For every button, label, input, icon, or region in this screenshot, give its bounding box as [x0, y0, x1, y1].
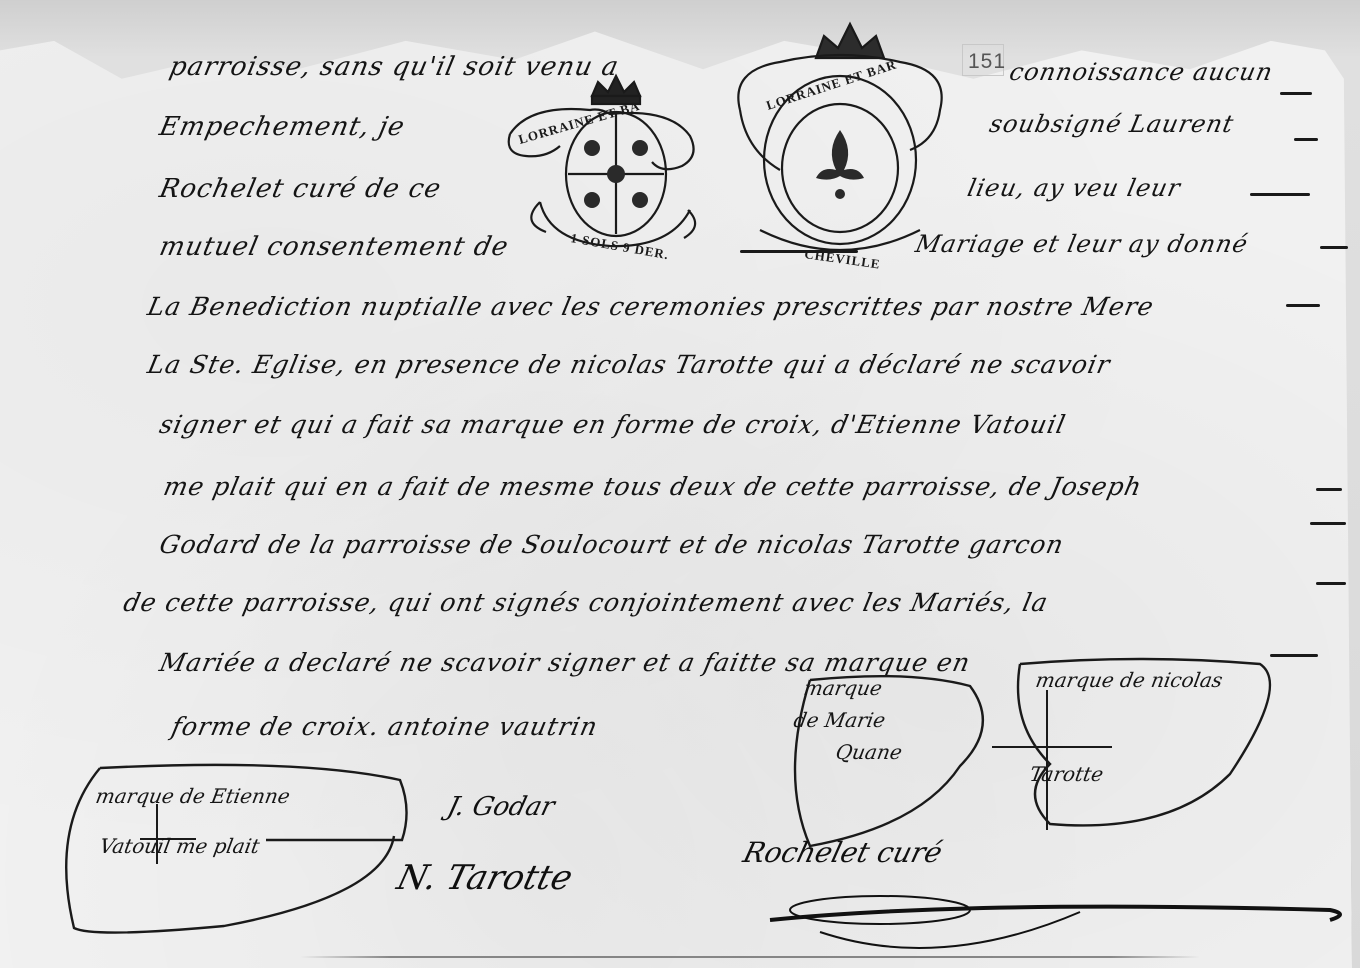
line-end-dash	[1250, 193, 1310, 196]
folio-number: 151	[968, 50, 1006, 74]
line-end-dash	[1294, 138, 1318, 141]
cross-mark-icon	[992, 746, 1112, 748]
coat-of-arms-icon: LORRAINE ET BA 1 SOLS 9 DER.	[500, 62, 730, 262]
tax-stamp-left: LORRAINE ET BA 1 SOLS 9 DER.	[500, 62, 730, 262]
text-line-3-left: Rochelet curé de ce	[157, 174, 444, 204]
line-end-dash	[1320, 246, 1348, 249]
signature-flourish	[760, 880, 1360, 960]
text-line-2-left: Empechement, je	[157, 112, 408, 142]
text-line-12: forme de croix. antoine vautrin	[169, 712, 601, 741]
line-end-dash	[740, 250, 858, 253]
signature-tarotte: N. Tarotte	[393, 858, 577, 898]
text-line-2-right: soubsigné Laurent	[987, 110, 1237, 138]
text-line-5: La Benediction nuptialle avec les ceremo…	[145, 292, 1157, 321]
text-line-8: me plait qui en a fait de mesme tous deu…	[161, 472, 1145, 501]
text-line-10: de cette parroisse, qui ont signés conjo…	[121, 588, 1051, 617]
mark-nicolas-top: marque de nicolas	[1034, 668, 1225, 692]
mark-etienne-bottom: Vatouil me plait	[98, 834, 262, 858]
text-line-6: La Ste. Eglise, en presence de nicolas T…	[145, 350, 1113, 379]
mark-marie-line-1: marque	[802, 676, 884, 700]
mark-marie-line-3: Quane	[834, 740, 904, 764]
signature-cure: Rochelet curé	[740, 836, 946, 869]
mark-nicolas-bottom: Tarotte	[1028, 762, 1105, 786]
text-line-7: signer et qui a fait sa marque en forme …	[157, 410, 1069, 439]
mark-etienne-top: marque de Etienne	[94, 784, 292, 808]
text-line-4-right: Mariage et leur ay donné	[913, 230, 1251, 258]
text-line-1-left: parroisse, sans qu'il soit venu a	[167, 52, 622, 82]
text-line-4-left: mutuel consentement de	[157, 232, 512, 262]
line-end-dash	[1286, 304, 1320, 307]
text-line-3-right: lieu, ay veu leur	[965, 174, 1183, 202]
cross-mark-icon	[1046, 690, 1048, 830]
next-entry-fragment	[300, 956, 1200, 958]
mark-marie-line-2: de Marie	[792, 708, 887, 732]
line-end-dash	[1316, 488, 1342, 491]
svg-text:LORRAINE ET BA: LORRAINE ET BA	[517, 98, 642, 147]
text-line-9: Godard de la parroisse de Soulocourt et …	[157, 530, 1067, 559]
line-end-dash	[1280, 92, 1312, 95]
line-end-dash	[1316, 582, 1346, 585]
line-end-dash	[1310, 522, 1346, 525]
text-line-1-right: connoissance aucun	[1007, 58, 1276, 86]
signature-godard: J. Godar	[444, 792, 557, 822]
